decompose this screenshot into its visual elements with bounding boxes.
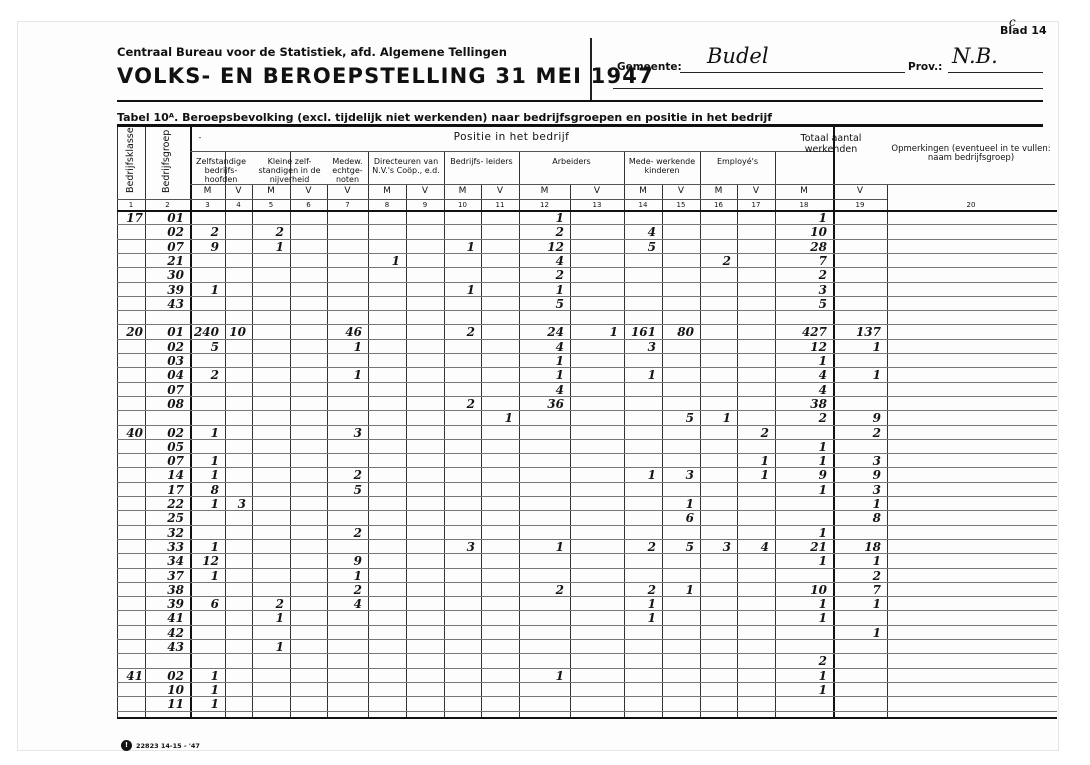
cell-value: 1 (444, 283, 475, 297)
column-divider (368, 151, 369, 717)
column-divider (481, 184, 482, 717)
sex-label: V (327, 187, 368, 196)
column-group-header: Arbeiders (519, 157, 624, 166)
cell-value: 9 (775, 468, 827, 482)
bedrijfsgroep-value: 07 (145, 240, 184, 254)
sex-label: V (481, 187, 519, 196)
column-number: 4 (225, 201, 252, 210)
bedrijfsgroep-value: 17 (145, 483, 184, 497)
row-line (117, 525, 1057, 526)
column-number: 8 (368, 201, 406, 210)
cell-value: 1 (190, 454, 219, 468)
bedrijfsgroep-value: 42 (145, 626, 184, 640)
cell-value: 5 (662, 540, 694, 554)
bedrijfsgroep-value: 41 (145, 611, 184, 625)
cell-value: 1 (662, 583, 694, 597)
cell-value: 1 (519, 368, 564, 382)
cell-value: 1 (327, 569, 362, 583)
column-divider (570, 184, 571, 717)
column-divider (737, 184, 738, 717)
cell-value: 1 (662, 497, 694, 511)
cell-value: 4 (775, 368, 827, 382)
cell-value: 2 (190, 368, 219, 382)
row-line (117, 482, 1057, 483)
cell-value: 3 (444, 540, 475, 554)
cell-value: 1 (775, 483, 827, 497)
sex-label: M (519, 187, 570, 196)
cell-value: 1 (775, 669, 827, 683)
blad-number: Blad c 14 (1000, 24, 1047, 37)
cell-value: 1 (700, 411, 731, 425)
bedrijfsgroep-value: 43 (145, 297, 184, 311)
cell-value: 5 (327, 483, 362, 497)
sex-label: V (225, 187, 252, 196)
cell-value: 1 (444, 240, 475, 254)
sex-label: V (290, 187, 327, 196)
row-line (117, 496, 1057, 497)
column-divider (252, 184, 253, 717)
blad-value: 14 (1031, 24, 1046, 37)
column-number: 12 (519, 201, 570, 210)
cell-value: 161 (624, 325, 656, 339)
cell-value: 1 (737, 468, 769, 482)
cell-value: 2 (700, 254, 731, 268)
census-table: BedrijfsklasseBedrijfsgroepPositie in he… (117, 127, 1055, 717)
row-line (117, 539, 1057, 540)
cell-value: 1 (737, 454, 769, 468)
cell-value: 1 (775, 611, 827, 625)
cell-value: 1 (775, 554, 827, 568)
cell-value: 1 (519, 540, 564, 554)
cell-value: 2 (519, 225, 564, 239)
cell-value: 3 (624, 340, 656, 354)
prov-line (948, 72, 1043, 73)
bedrijfsgroep-value: 01 (145, 325, 184, 339)
cell-value: 4 (519, 383, 564, 397)
column-group-header: Opmerkingen (eventueel in te vullen: naa… (887, 145, 1055, 163)
cell-value: 7 (833, 583, 881, 597)
cell-value: 1 (252, 611, 284, 625)
column-group-header: Medew. echtge- noten (327, 157, 368, 184)
row-line (117, 396, 1057, 397)
row-line (117, 282, 1057, 283)
row-line (117, 553, 1057, 554)
column-number: 10 (444, 201, 481, 210)
cell-value: 2 (775, 654, 827, 668)
gemeente-line (680, 72, 905, 73)
cell-value: 1 (327, 340, 362, 354)
cell-value: 1 (252, 640, 284, 654)
cell-value: 2 (327, 468, 362, 482)
cell-value: 2 (190, 225, 219, 239)
cell-value: 8 (833, 511, 881, 525)
cell-value: 1 (481, 411, 513, 425)
bedrijfsgroep-value: 02 (145, 426, 184, 440)
cell-value: 2 (833, 569, 881, 583)
bedrijfsgroep-value: 02 (145, 669, 184, 683)
gemeente-line-2 (613, 88, 1043, 89)
column-number: 6 (290, 201, 327, 210)
positie-header: Positie in het bedrijf (190, 133, 833, 142)
row-line (117, 711, 1057, 712)
sex-label: M (444, 187, 481, 196)
column-number: 19 (833, 201, 887, 210)
header-line (190, 151, 833, 152)
column-divider (327, 184, 328, 717)
row-line (117, 453, 1057, 454)
cell-value: 1 (190, 669, 219, 683)
cell-value: 1 (833, 340, 881, 354)
row-line (117, 353, 1057, 354)
cell-value: 3 (662, 468, 694, 482)
bedrijfsgroep-value: 03 (145, 354, 184, 368)
cell-value: 21 (775, 540, 827, 554)
bedrijfsgroep-value: 11 (145, 697, 184, 711)
bedrijfsgroep-value: 34 (145, 554, 184, 568)
row-line (117, 568, 1057, 569)
footer: ! 22823 14-15 - '47 (121, 740, 200, 751)
cell-value: 1 (833, 554, 881, 568)
column-number: 14 (624, 201, 662, 210)
column-number: 16 (700, 201, 737, 210)
cell-value: 9 (833, 411, 881, 425)
column-number: 1 (117, 201, 145, 210)
column-group-header: Bedrijfs- leiders (444, 157, 519, 166)
column-number: 15 (662, 201, 700, 210)
number-line (117, 199, 887, 200)
cell-value: 3 (700, 540, 731, 554)
sex-label: M (624, 187, 662, 196)
cell-value: 427 (775, 325, 827, 339)
cell-value: 2 (519, 583, 564, 597)
cell-value: 1 (775, 597, 827, 611)
bedrijfsgroep-value: 04 (145, 368, 184, 382)
cell-value: 1 (833, 626, 881, 640)
column-group-header: Mede- werkende kinderen (624, 157, 700, 175)
cell-value: 3 (833, 483, 881, 497)
row-line (117, 410, 1057, 411)
cell-value: 2 (624, 583, 656, 597)
column-group-header: Totaal aantal werkenden (775, 133, 887, 155)
cell-value: 1 (190, 283, 219, 297)
blad-suffix: c (1009, 15, 1016, 29)
cell-value: 9 (190, 240, 219, 254)
column-group-header: Directeuren van N.V.'s Coöp., e.d. (368, 157, 444, 175)
cell-value: 4 (519, 254, 564, 268)
column-number: 2 (145, 201, 190, 210)
bedrijfsgroep-value: 05 (145, 440, 184, 454)
bedrijfsgroep-value: 30 (145, 268, 184, 282)
cell-value: 1 (519, 283, 564, 297)
cell-value: 18 (833, 540, 881, 554)
cell-value: 1 (190, 497, 219, 511)
column-group-header: Zelfstandige bedrijfs- hoofden (190, 157, 252, 184)
sex-label: V (406, 187, 444, 196)
row-line (117, 439, 1057, 440)
cell-value: 5 (519, 297, 564, 311)
cell-value: 6 (662, 511, 694, 525)
cell-value: 1 (190, 697, 219, 711)
prov-label: Prov.: (908, 61, 942, 73)
cell-value: 4 (737, 540, 769, 554)
cell-value: 1 (624, 611, 656, 625)
bedrijfsgroep-value: 21 (145, 254, 184, 268)
row-line (117, 582, 1057, 583)
sex-label: V (662, 187, 700, 196)
organization-name: Centraal Bureau voor de Statistiek, afd.… (117, 45, 507, 59)
column-number: 9 (406, 201, 444, 210)
column-group-header: Employé's (700, 157, 775, 166)
cell-value: 1 (775, 354, 827, 368)
cell-value: 28 (775, 240, 827, 254)
cell-value: 1 (190, 569, 219, 583)
bedrijfsklasse-value: 17 (117, 211, 143, 225)
cell-value: 2 (775, 268, 827, 282)
bedrijfsgroep-value: 22 (145, 497, 184, 511)
cell-value: 1 (624, 468, 656, 482)
bedrijfsgroep-value: 07 (145, 383, 184, 397)
column-group-header: Kleine zelf- standigen in de nijverheid (252, 157, 327, 184)
bedrijfsgroep-value: 02 (145, 340, 184, 354)
row-line (117, 510, 1057, 511)
bedrijfsklasse-label: Bedrijfsklasse (125, 127, 136, 193)
cell-value: 4 (519, 340, 564, 354)
cell-value: 5 (775, 297, 827, 311)
row-line (117, 425, 1057, 426)
cell-value: 4 (775, 383, 827, 397)
cell-value: 240 (190, 325, 219, 339)
row-line (117, 367, 1057, 368)
bedrijfsgroep-value: 08 (145, 397, 184, 411)
bedrijfsgroep-value: 33 (145, 540, 184, 554)
cell-value: 9 (327, 554, 362, 568)
row-line (117, 696, 1057, 697)
cell-value: 4 (327, 597, 362, 611)
cell-value: 12 (775, 340, 827, 354)
column-divider (700, 151, 701, 717)
cell-value: 1 (519, 211, 564, 225)
bedrijfsgroep-value: 02 (145, 225, 184, 239)
sex-label: V (833, 187, 887, 196)
cell-value: 1 (190, 683, 219, 697)
row-line (117, 310, 1057, 311)
cell-value: 1 (775, 211, 827, 225)
cell-value: 1 (252, 240, 284, 254)
cell-value: 1 (519, 669, 564, 683)
cell-value: 36 (519, 397, 564, 411)
column-number: 13 (570, 201, 624, 210)
dash: - (196, 133, 204, 142)
table-caption: Tabel 10ᴬ. Beroepsbevolking (excl. tijde… (117, 111, 772, 124)
cell-value: 10 (775, 583, 827, 597)
bedrijfsklasse-value: 20 (117, 325, 143, 339)
body-top-line (117, 210, 1057, 212)
cell-value: 8 (190, 483, 219, 497)
bedrijfsgroep-value: 25 (145, 511, 184, 525)
cell-value: 2 (624, 540, 656, 554)
cell-value: 1 (833, 368, 881, 382)
bedrijfsgroep-value: 07 (145, 454, 184, 468)
column-divider (190, 127, 192, 717)
cell-value: 3 (225, 497, 246, 511)
row-line (117, 682, 1057, 683)
cell-value: 1 (624, 368, 656, 382)
cell-value: 1 (775, 683, 827, 697)
cell-value: 137 (833, 325, 881, 339)
cell-value: 1 (570, 325, 618, 339)
cell-value: 46 (327, 325, 362, 339)
bedrijfsgroep-value: 10 (145, 683, 184, 697)
cell-value: 80 (662, 325, 694, 339)
cell-value: 38 (775, 397, 827, 411)
cell-value: 5 (662, 411, 694, 425)
column-divider (444, 151, 445, 717)
cell-value: 4 (624, 225, 656, 239)
gemeente-label: Gemeente: (617, 61, 682, 73)
cell-value: 1 (775, 526, 827, 540)
print-code: 22823 14-15 - '47 (136, 742, 200, 750)
cell-value: 24 (519, 325, 564, 339)
sex-label: M (252, 187, 290, 196)
sex-label: V (570, 187, 624, 196)
cell-value: 1 (190, 426, 219, 440)
column-divider (290, 151, 291, 717)
cell-value: 1 (775, 440, 827, 454)
bedrijfsgroep-value: 43 (145, 640, 184, 654)
cell-value: 10 (225, 325, 246, 339)
cell-value: 7 (775, 254, 827, 268)
cell-value: 2 (519, 268, 564, 282)
column-number: 18 (775, 201, 833, 210)
cell-value: 2 (444, 325, 475, 339)
table-bottom-line (117, 717, 1057, 719)
row-line (117, 668, 1057, 669)
cell-value: 1 (519, 354, 564, 368)
cell-value: 5 (624, 240, 656, 254)
column-number: 5 (252, 201, 290, 210)
prov-value: N.B. (952, 44, 998, 68)
cell-value: 12 (519, 240, 564, 254)
gemeente-value: Budel (707, 44, 769, 68)
bedrijfsgroep-value: 01 (145, 211, 184, 225)
sex-label: M (700, 187, 737, 196)
cell-value: 2 (833, 426, 881, 440)
column-number: 7 (327, 201, 368, 210)
cell-value: 1 (775, 454, 827, 468)
sex-label: M (775, 187, 833, 196)
sex-label: M (368, 187, 406, 196)
column-divider (406, 184, 407, 717)
column-divider (887, 184, 888, 717)
header-rule (117, 100, 1043, 102)
cell-value: 5 (190, 340, 219, 354)
cell-value: 2 (252, 225, 284, 239)
column-divider (662, 184, 663, 717)
bedrijfsgroep-value: 37 (145, 569, 184, 583)
cell-value: 3 (775, 283, 827, 297)
column-number: 17 (737, 201, 775, 210)
row-line (117, 267, 1057, 268)
header-divider (590, 38, 592, 100)
cell-value: 1 (833, 497, 881, 511)
row-line (117, 296, 1057, 297)
cell-value: 12 (190, 554, 219, 568)
cell-value: 2 (327, 526, 362, 540)
bedrijfsgroep-value: 39 (145, 597, 184, 611)
sex-label: V (737, 187, 775, 196)
cell-value: 2 (737, 426, 769, 440)
cell-value: 1 (190, 468, 219, 482)
cell-value: 2 (252, 597, 284, 611)
bedrijfsgroep-value: 39 (145, 283, 184, 297)
column-divider (225, 151, 226, 717)
printer-logo-icon: ! (121, 740, 132, 751)
cell-value: 1 (833, 597, 881, 611)
bedrijfsklasse-value: 40 (117, 426, 143, 440)
cell-value: 2 (444, 397, 475, 411)
bedrijfsgroep-label: Bedrijfsgroep (161, 130, 172, 193)
cell-value: 9 (833, 468, 881, 482)
cell-value: 3 (833, 454, 881, 468)
bedrijfsgroep-value: 14 (145, 468, 184, 482)
cell-value: 1 (624, 597, 656, 611)
cell-value: 3 (327, 426, 362, 440)
cell-value: 1 (368, 254, 400, 268)
row-line (117, 382, 1057, 383)
column-number: 11 (481, 201, 519, 210)
row-line (117, 467, 1057, 468)
column-number: 20 (887, 201, 1055, 210)
bedrijfsklasse-value: 41 (117, 669, 143, 683)
column-number: 3 (190, 201, 225, 210)
cell-value: 2 (327, 583, 362, 597)
cell-value: 10 (775, 225, 827, 239)
cell-value: 1 (190, 540, 219, 554)
sex-line (190, 184, 1055, 185)
cell-value: 6 (190, 597, 219, 611)
bedrijfsgroep-value: 38 (145, 583, 184, 597)
cell-value: 1 (327, 368, 362, 382)
sex-label: M (190, 187, 225, 196)
bedrijfsgroep-value: 32 (145, 526, 184, 540)
form-title: VOLKS- EN BEROEPSTELLING 31 MEI 1947 (117, 64, 654, 88)
cell-value: 2 (775, 411, 827, 425)
